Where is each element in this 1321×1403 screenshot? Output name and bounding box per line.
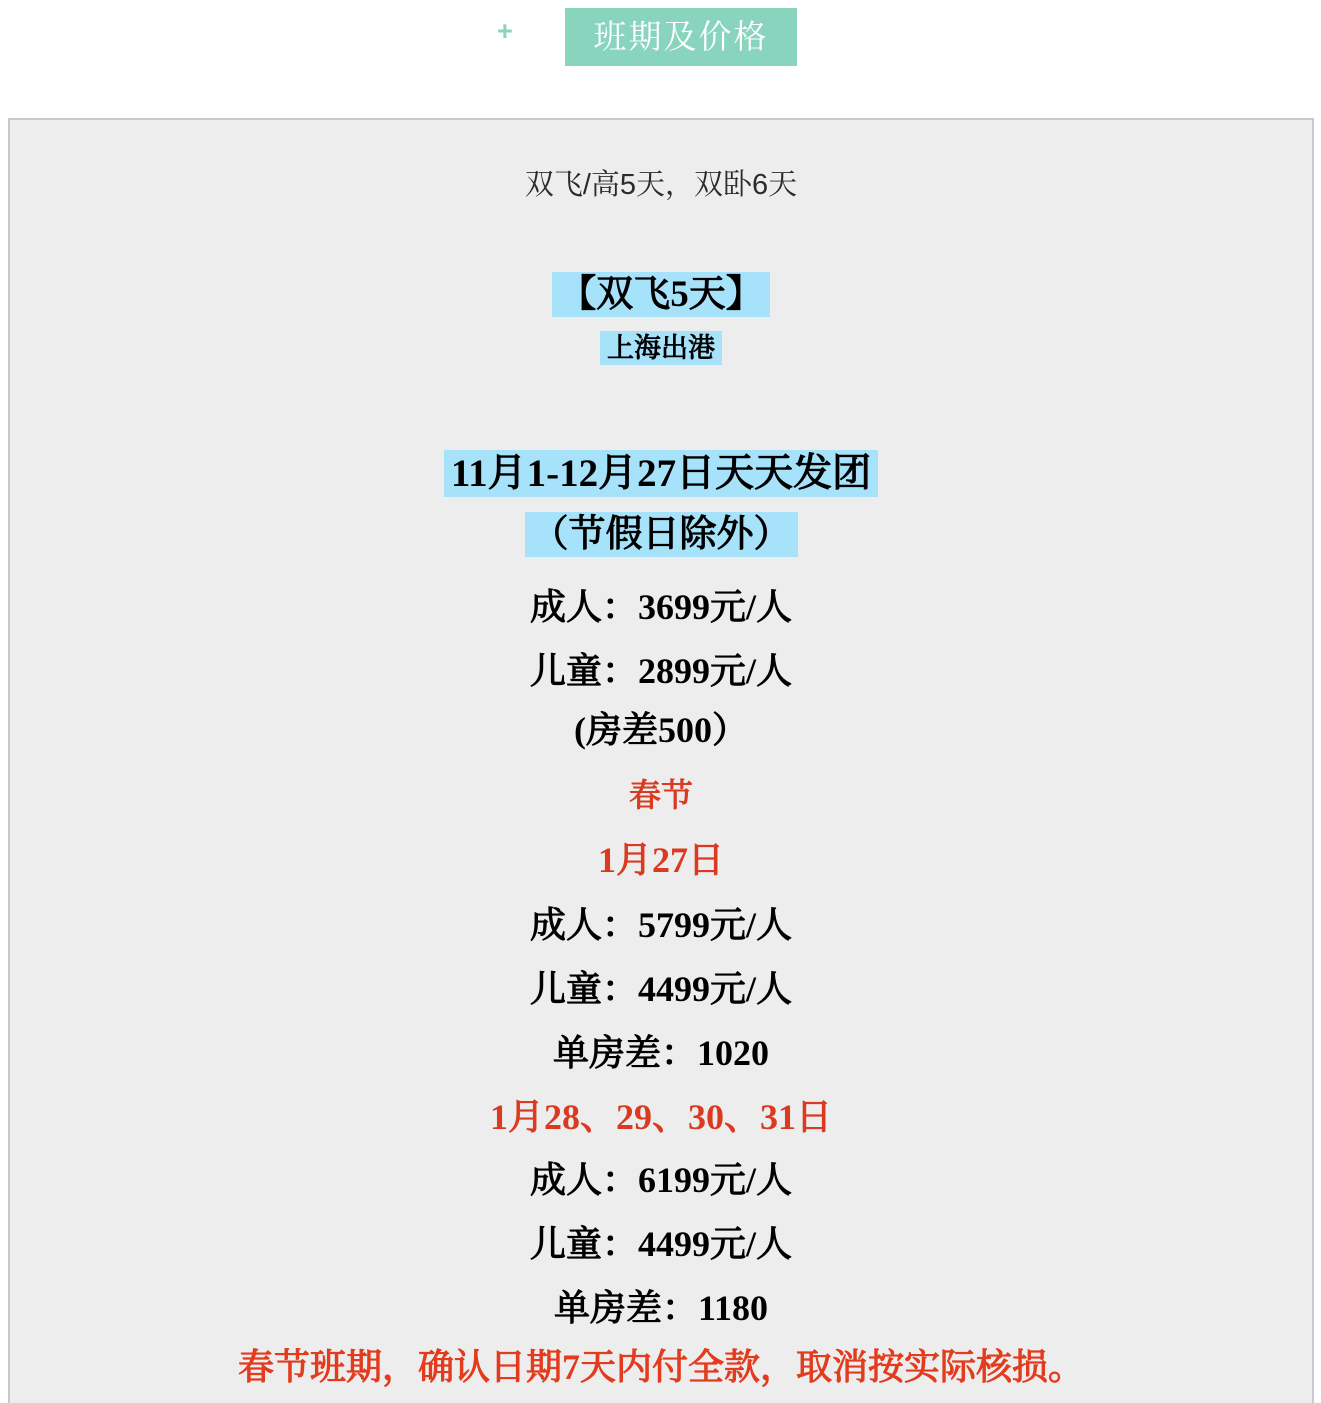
price-panel: 双飞/高5天，双卧6天 【双飞5天】 上海出港 11月1-12月27日天天发团 … — [8, 118, 1314, 1403]
trip-duration-summary: 双飞/高5天，双卧6天 — [10, 168, 1312, 202]
regular-schedule-highlight: 11月1-12月27日天天发团 — [444, 450, 878, 497]
regular-schedule-note: （节假日除外） — [10, 512, 1312, 558]
spring-batch1-dates: 1月27日 — [10, 838, 1312, 882]
plus-icon: + — [497, 16, 513, 47]
section-badge: 班期及价格 — [565, 8, 797, 66]
spring-batch2-single-room-diff: 单房差：1180 — [10, 1286, 1312, 1330]
package-title: 【双飞5天】 — [10, 272, 1312, 318]
regular-adult-price: 成人：3699元/人 — [10, 585, 1312, 629]
spring-batch1-adult-price: 成人：5799元/人 — [10, 903, 1312, 947]
spring-batch2-child-price: 儿童：4499元/人 — [10, 1222, 1312, 1266]
spring-payment-notice: 春节班期，确认日期7天内付全款，取消按实际核损。 — [10, 1345, 1312, 1389]
spring-batch2-adult-price: 成人：6199元/人 — [10, 1158, 1312, 1202]
spring-batch2-dates: 1月28、29、30、31日 — [10, 1095, 1312, 1139]
spring-batch1-single-room-diff: 单房差：1020 — [10, 1031, 1312, 1075]
departure-city-highlight: 上海出港 — [600, 331, 722, 365]
regular-child-price: 儿童：2899元/人 — [10, 649, 1312, 693]
schedule-note-highlight: （节假日除外） — [525, 512, 798, 557]
spring-batch1-child-price: 儿童：4499元/人 — [10, 967, 1312, 1011]
spring-festival-label: 春节 — [10, 775, 1312, 815]
section-header: + 班期及价格 — [0, 0, 1321, 118]
package-title-highlight: 【双飞5天】 — [552, 272, 770, 317]
regular-schedule-dates: 11月1-12月27日天天发团 — [10, 450, 1312, 498]
regular-room-diff: (房差500） — [10, 708, 1312, 752]
departure-city: 上海出港 — [10, 331, 1312, 365]
